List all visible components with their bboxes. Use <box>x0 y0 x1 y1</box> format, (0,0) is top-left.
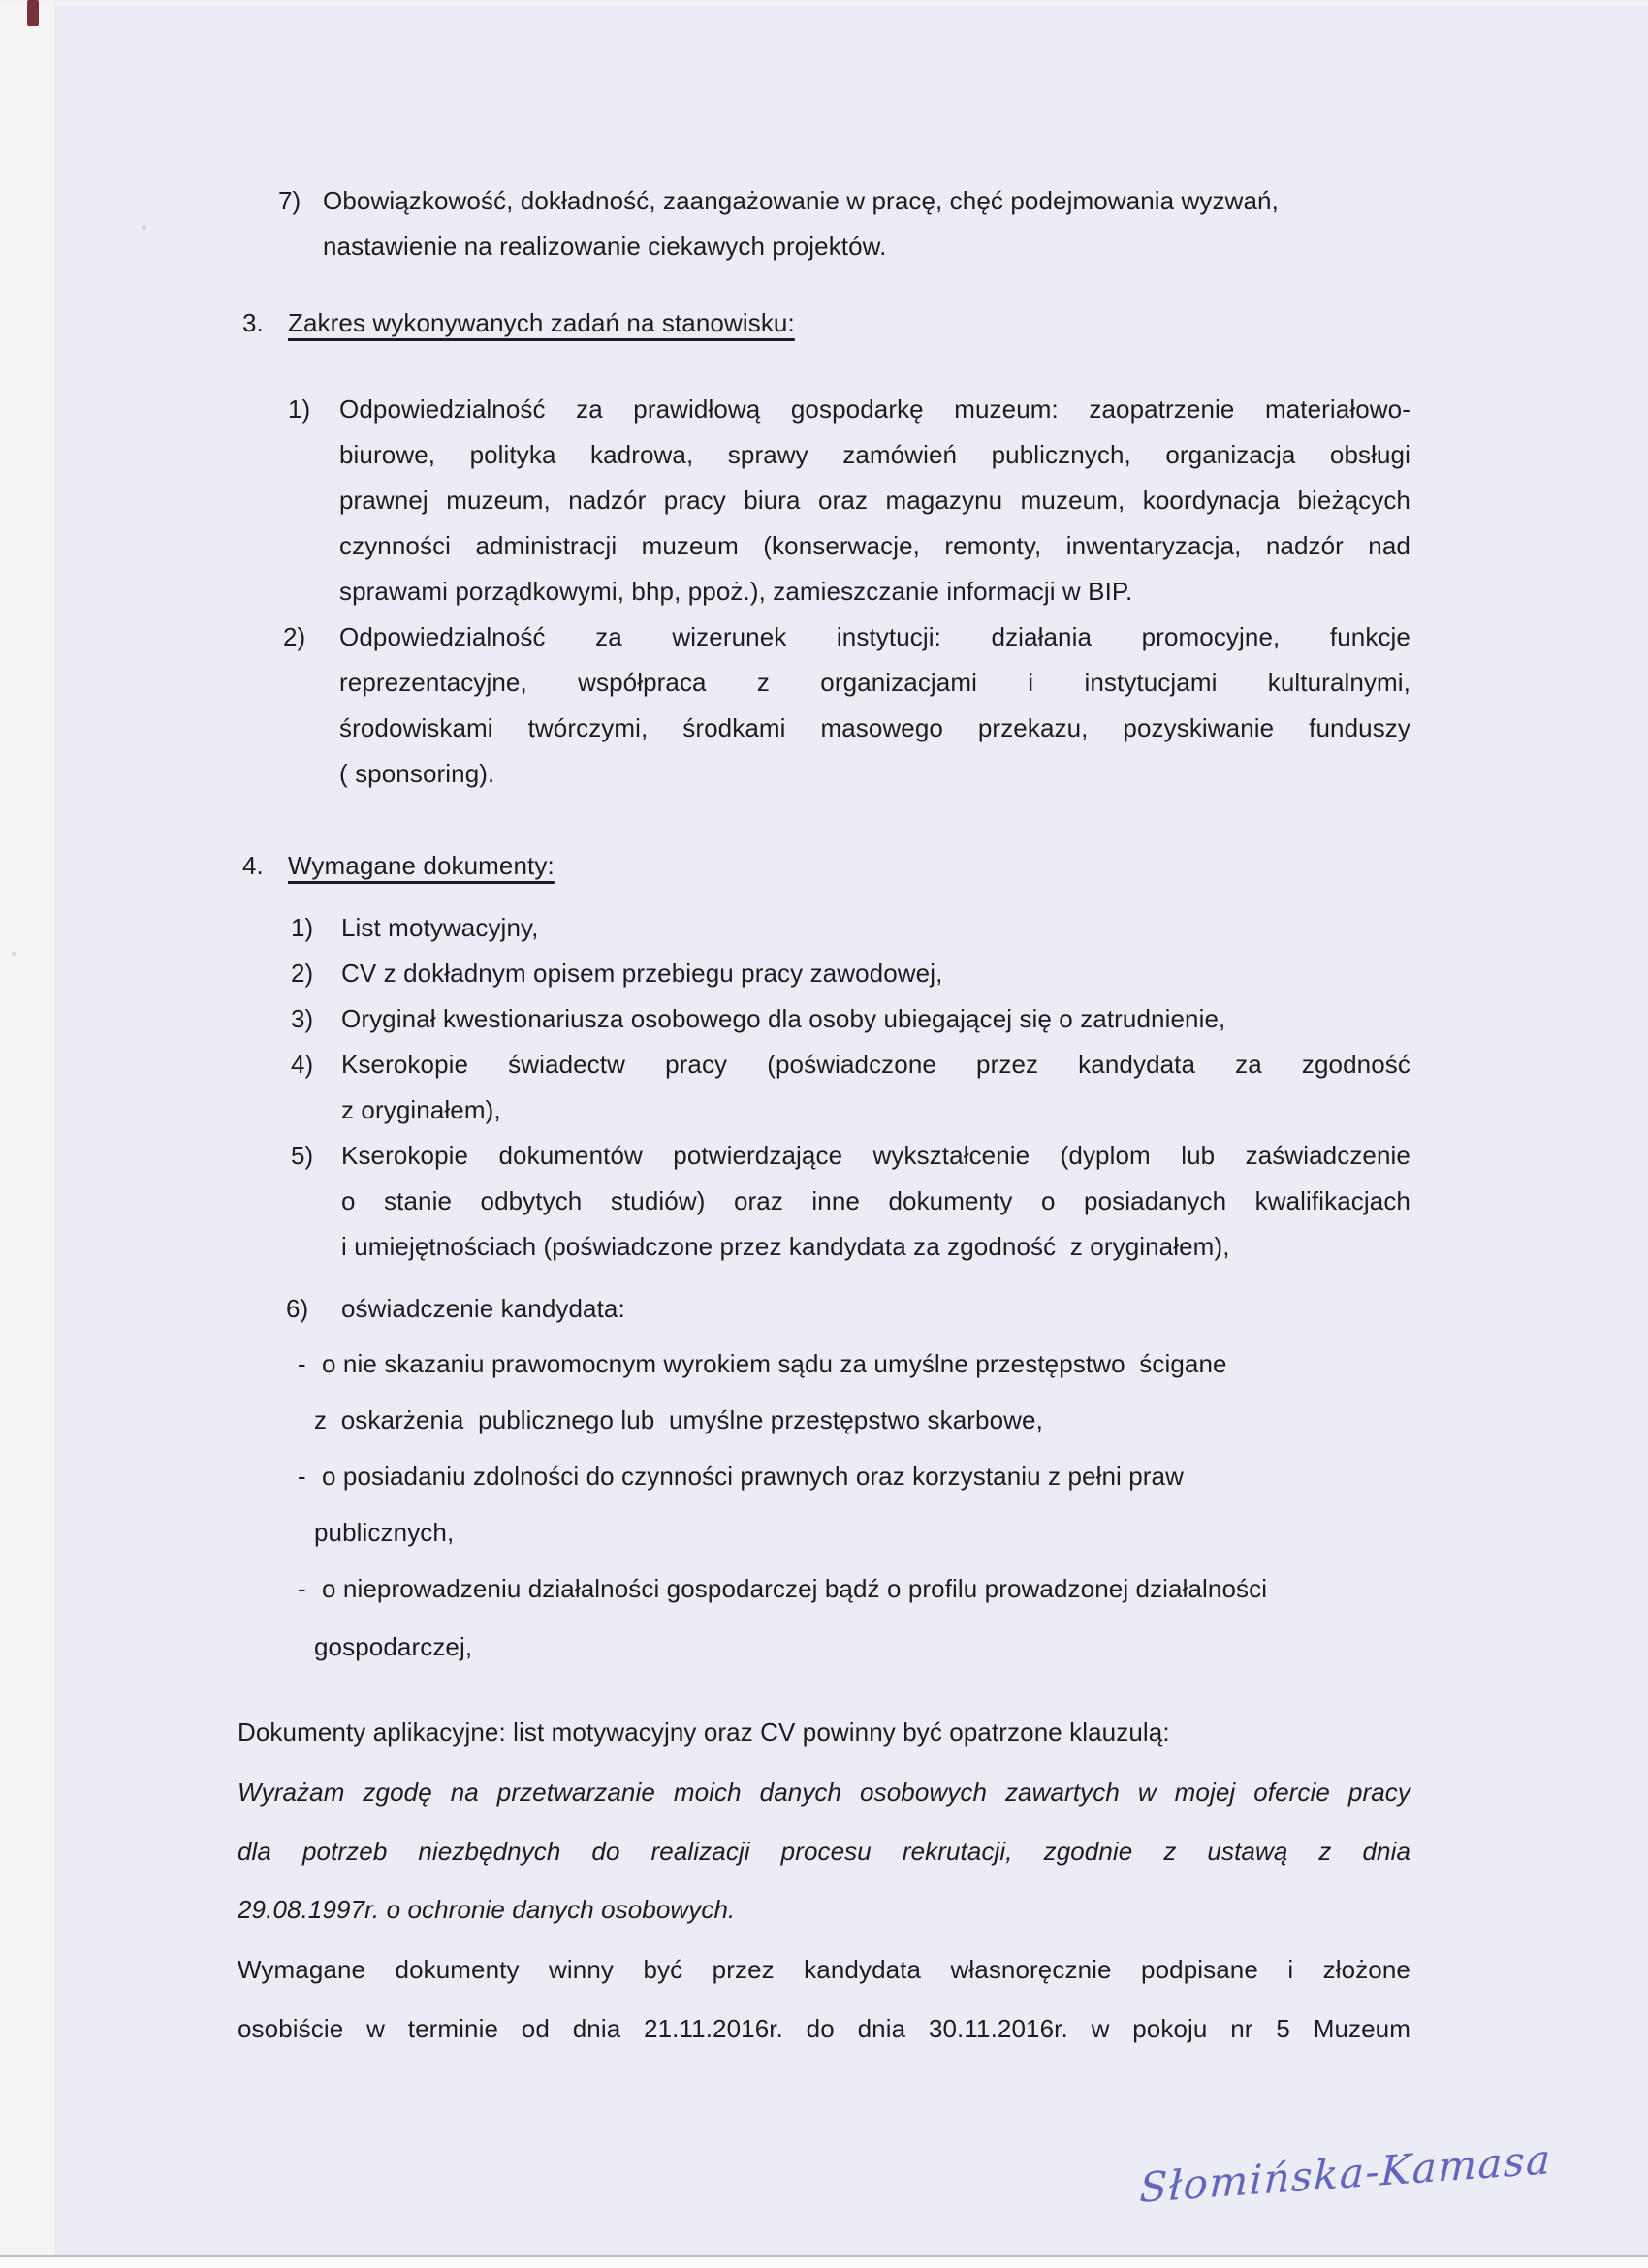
list-number: 2) <box>283 620 305 653</box>
declaration-line: publicznych, <box>314 1516 1400 1549</box>
section3-item1-line: czynności administracji muzeum (konserwa… <box>339 529 1410 562</box>
section3-number: 3. <box>242 306 264 339</box>
declaration-line: o posiadaniu zdolności do czynności praw… <box>322 1460 1408 1493</box>
list-number: 3) <box>291 1002 313 1035</box>
section3-item2-line: Odpowiedzialność za wizerunek instytucji… <box>339 620 1410 653</box>
scanned-document-page: 7) Obowiązkowość, dokładność, zaangażowa… <box>0 0 1648 2268</box>
submission-line: Wymagane dokumenty winny być przez kandy… <box>238 1953 1410 1986</box>
list-number: 4) <box>291 1048 313 1081</box>
clause-line: Wyrażam zgodę na przetwarzanie moich dan… <box>238 1776 1410 1809</box>
section3-item1-line: Odpowiedzialność za prawidłową gospodark… <box>339 393 1410 425</box>
section4-item-line: o stanie odbytych studiów) oraz inne dok… <box>341 1184 1410 1217</box>
section3-item1-line: sprawami porządkowymi, bhp, ppoż.), zami… <box>339 575 1410 608</box>
section4-item-line: Kserokopie świadectw pracy (poświadczone… <box>341 1048 1410 1081</box>
declaration-line: z oskarżenia publicznego lub umyślne prz… <box>314 1403 1400 1436</box>
item7-line-1: Obowiązkowość, dokładność, zaangażowanie… <box>323 184 1401 217</box>
scan-edge-left <box>0 0 56 2268</box>
section4-number: 4. <box>242 849 264 882</box>
scan-speck <box>142 225 146 230</box>
section3-item2-line: środowiskami twórczymi, środkami masoweg… <box>339 711 1410 744</box>
scan-edge-top <box>0 0 1648 5</box>
scan-edge-bottom <box>0 2255 1648 2268</box>
declaration-line: gospodarczej, <box>314 1630 1400 1663</box>
scan-speck <box>12 952 16 956</box>
section4-heading: Wymagane dokumenty: <box>288 849 555 882</box>
section4-item-line: CV z dokładnym opisem przebiegu pracy za… <box>341 957 1410 990</box>
handwritten-signature: Słomińska-Kamasa <box>1139 2135 1553 2212</box>
section3-item2-line: ( sponsoring). <box>339 757 1410 790</box>
clause-line: 29.08.1997r. o ochronie danych osobowych… <box>238 1893 1410 1926</box>
dash-bullet: - <box>298 1460 306 1493</box>
section4-item-line: Kserokopie dokumentów potwierdzające wyk… <box>341 1139 1410 1172</box>
section4-item-line: i umiejętnościach (poświadczone przez ka… <box>341 1230 1410 1263</box>
dash-bullet: - <box>298 1572 306 1605</box>
declaration-line: o nieprowadzeniu działalności gospodarcz… <box>322 1572 1408 1605</box>
declaration-line: o nie skazaniu prawomocnym wyrokiem sądu… <box>322 1347 1408 1380</box>
section3-item2-line: reprezentacyjne, współpraca z organizacj… <box>339 666 1410 699</box>
section4-item-line: Oryginał kwestionariusza osobowego dla o… <box>341 1002 1410 1035</box>
section4-item-line: List motywacyjny, <box>341 911 1410 944</box>
scan-artifact-mark <box>27 0 39 26</box>
submission-line: osobiście w terminie od dnia 21.11.2016r… <box>238 2012 1410 2045</box>
clause-line: dla potrzeb niezbędnych do realizacji pr… <box>238 1835 1410 1868</box>
item7-line-2: nastawienie na realizowanie ciekawych pr… <box>323 230 1401 263</box>
list-number: 6) <box>286 1292 308 1325</box>
list-number: 1) <box>288 393 310 425</box>
clause-intro: Dokumenty aplikacyjne: list motywacyjny … <box>238 1716 1410 1748</box>
list-number: 5) <box>291 1139 313 1172</box>
section3-item1-line: prawnej muzeum, nadzór pracy biura oraz … <box>339 484 1410 517</box>
list-number: 7) <box>278 184 301 217</box>
dash-bullet: - <box>298 1347 306 1380</box>
section3-item1-line: biurowe, polityka kadrowa, sprawy zamówi… <box>339 438 1410 471</box>
list-number: 1) <box>291 911 313 944</box>
list-number: 2) <box>291 957 313 990</box>
section3-heading: Zakres wykonywanych zadań na stanowisku: <box>288 306 795 339</box>
section4-item-line: z oryginałem), <box>341 1093 1410 1126</box>
section4-item-line: oświadczenie kandydata: <box>341 1292 1410 1325</box>
